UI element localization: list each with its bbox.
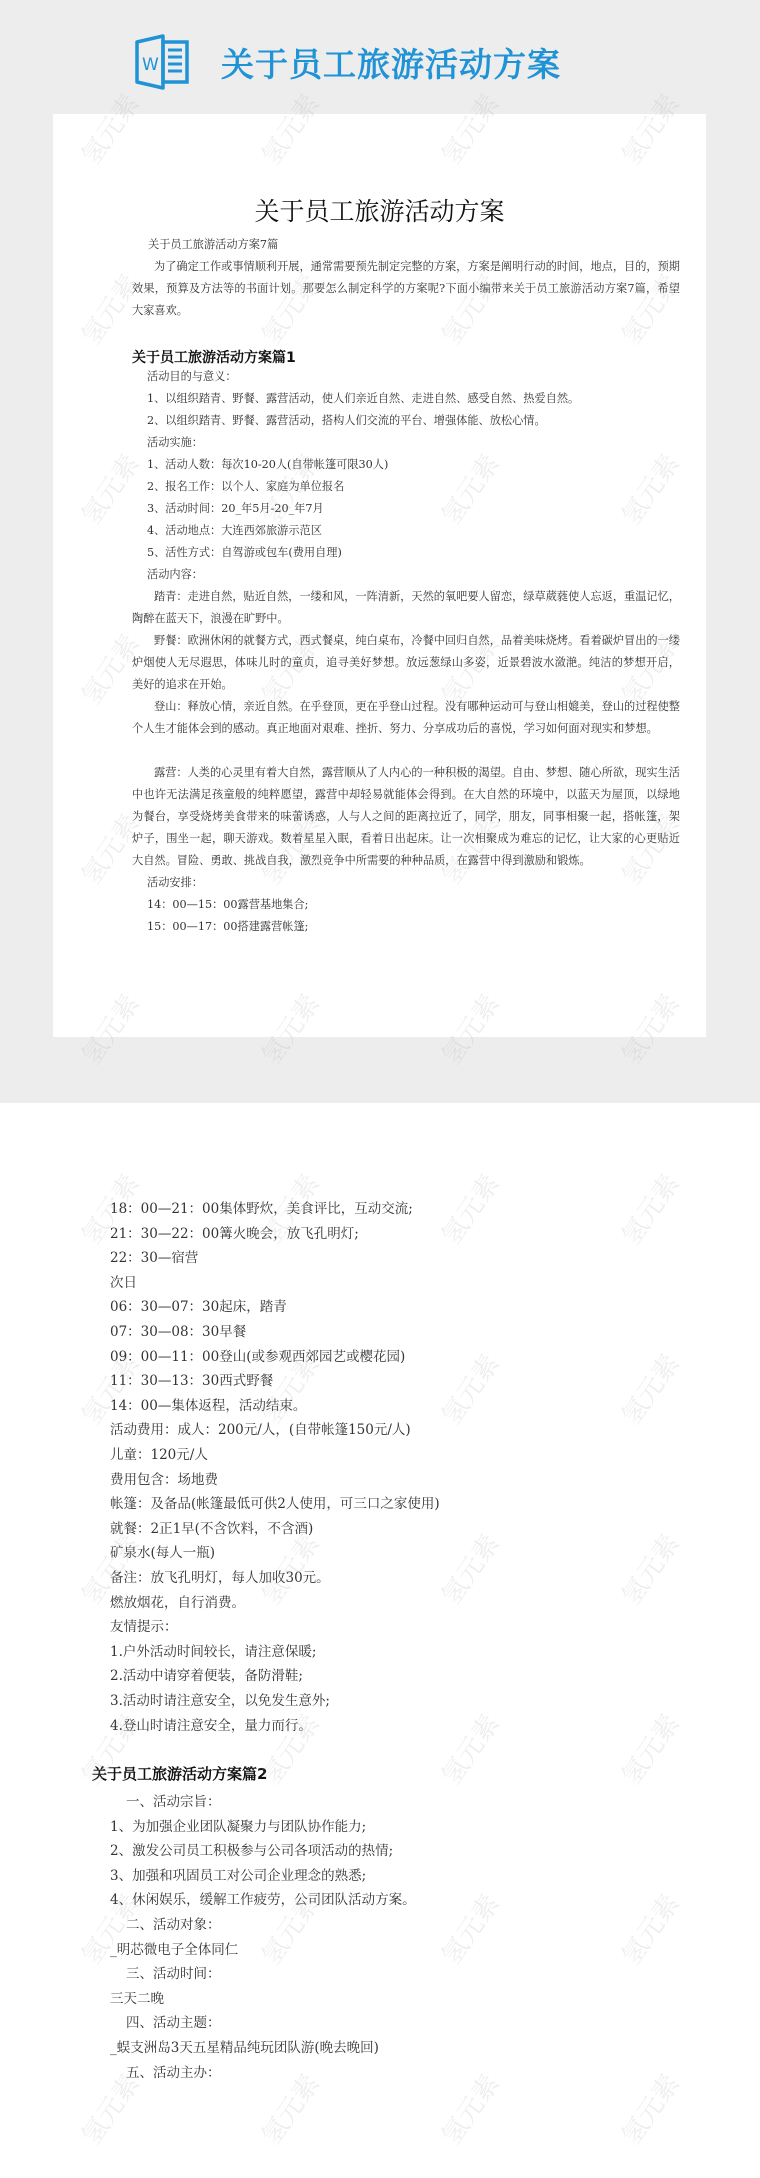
watermark-text: 氢元素 <box>251 986 326 1071</box>
watermark-text: 氢元素 <box>431 1706 506 1791</box>
watermark-text: 氢元素 <box>251 1526 326 1611</box>
watermark-text: 氢元素 <box>431 1886 506 1971</box>
watermark-text: 氢元素 <box>71 1346 146 1431</box>
watermark-text: 氢元素 <box>431 86 506 171</box>
watermark-text: 氢元素 <box>251 1706 326 1791</box>
watermark-text: 氢元素 <box>611 1526 686 1611</box>
watermark-text: 氢元素 <box>431 1166 506 1251</box>
watermark-layer: 氢元素氢元素氢元素氢元素氢元素氢元素氢元素氢元素氢元素氢元素氢元素氢元素氢元素氢… <box>0 0 760 2178</box>
watermark-text: 氢元素 <box>431 446 506 531</box>
watermark-text: 氢元素 <box>71 1166 146 1251</box>
watermark-text: 氢元素 <box>71 806 146 891</box>
watermark-text: 氢元素 <box>611 806 686 891</box>
watermark-text: 氢元素 <box>251 266 326 351</box>
watermark-text: 氢元素 <box>251 1166 326 1251</box>
watermark-text: 氢元素 <box>431 986 506 1071</box>
watermark-text: 氢元素 <box>431 806 506 891</box>
watermark-text: 氢元素 <box>251 86 326 171</box>
watermark-text: 氢元素 <box>251 1346 326 1431</box>
watermark-text: 氢元素 <box>71 1886 146 1971</box>
watermark-text: 氢元素 <box>611 86 686 171</box>
watermark-text: 氢元素 <box>611 1706 686 1791</box>
watermark-text: 氢元素 <box>611 266 686 351</box>
watermark-text: 氢元素 <box>611 1346 686 1431</box>
watermark-text: 氢元素 <box>611 1886 686 1971</box>
watermark-text: 氢元素 <box>431 266 506 351</box>
watermark-text: 氢元素 <box>251 446 326 531</box>
watermark-text: 氢元素 <box>251 1886 326 1971</box>
watermark-text: 氢元素 <box>71 986 146 1071</box>
watermark-text: 氢元素 <box>71 626 146 711</box>
watermark-text: 氢元素 <box>71 86 146 171</box>
watermark-text: 氢元素 <box>71 266 146 351</box>
watermark-text: 氢元素 <box>251 806 326 891</box>
watermark-text: 氢元素 <box>611 2066 686 2151</box>
watermark-text: 氢元素 <box>71 446 146 531</box>
watermark-text: 氢元素 <box>251 2066 326 2151</box>
watermark-text: 氢元素 <box>431 626 506 711</box>
watermark-text: 氢元素 <box>251 626 326 711</box>
watermark-text: 氢元素 <box>431 1346 506 1431</box>
watermark-text: 氢元素 <box>431 2066 506 2151</box>
watermark-text: 氢元素 <box>611 986 686 1071</box>
watermark-text: 氢元素 <box>611 626 686 711</box>
watermark-text: 氢元素 <box>611 446 686 531</box>
watermark-text: 氢元素 <box>71 1706 146 1791</box>
watermark-text: 氢元素 <box>71 2066 146 2151</box>
watermark-text: 氢元素 <box>71 1526 146 1611</box>
watermark-text: 氢元素 <box>611 1166 686 1251</box>
watermark-text: 氢元素 <box>431 1526 506 1611</box>
